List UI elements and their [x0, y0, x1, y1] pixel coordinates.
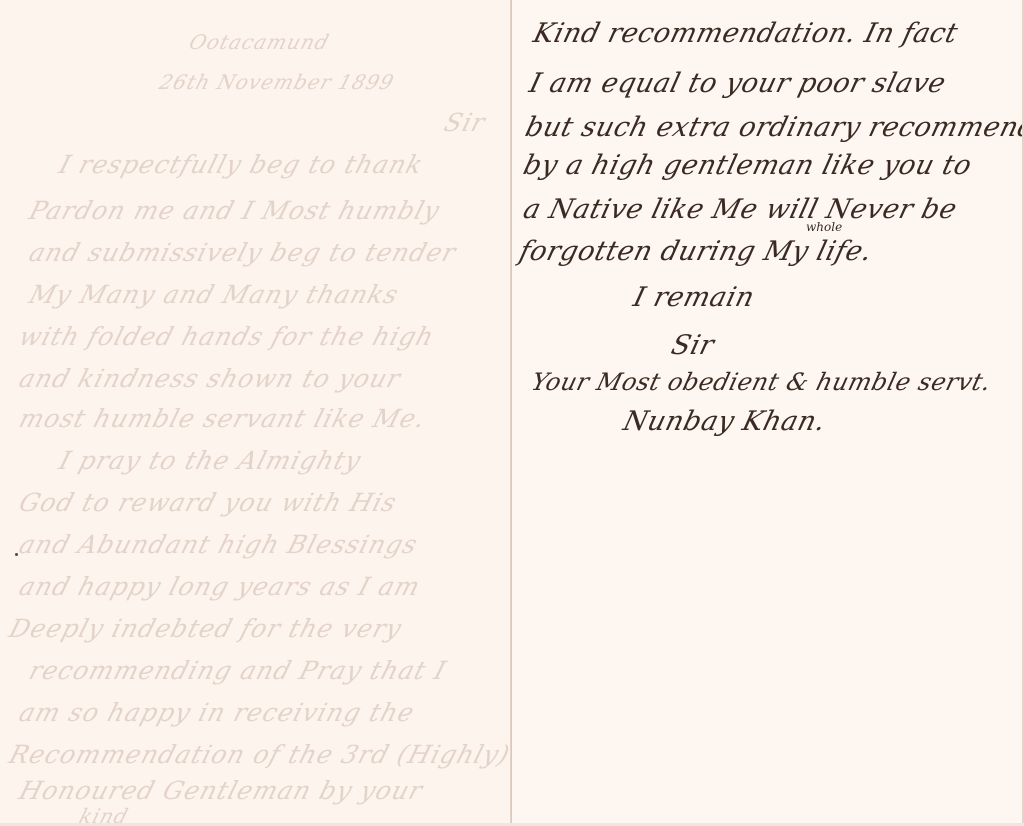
left-page: Ootacamund 26th November 1899 Sir I resp…	[0, 0, 512, 826]
sign-off: Your Most obedient & humble servt.	[529, 368, 995, 396]
ghost-line: My Many and Many thanks	[26, 280, 402, 309]
letter-line: Kind recommendation. In fact	[530, 18, 961, 49]
insertion-note: whole	[806, 220, 842, 234]
ghost-line: recommending and Pray that I	[26, 656, 450, 685]
ghost-place: Ootacamund	[187, 30, 333, 54]
letter-spread: Ootacamund 26th November 1899 Sir I resp…	[0, 0, 1024, 826]
right-page: Kind recommendation. In fact I am equal …	[512, 0, 1024, 826]
ghost-line: and submissively beg to tender	[26, 238, 460, 267]
ghost-line: and Abundant high Blessings	[16, 530, 421, 559]
ghost-line: most humble servant like Me.	[16, 404, 429, 433]
ghost-line: Deeply indebted for the very	[6, 614, 406, 643]
ghost-line: am so happy in receiving the	[16, 698, 418, 727]
signature: Nunbay Khan.	[620, 406, 829, 437]
ghost-line: and happy long years as I am	[16, 572, 424, 601]
ghost-line: with folded hands for the high	[16, 322, 438, 351]
letter-line: forgotten during My life.	[516, 236, 875, 267]
ghost-line: and kindness shown to your	[16, 364, 405, 393]
letter-line: by a high gentleman like you to	[520, 150, 975, 181]
paper-speck	[15, 553, 18, 556]
letter-line: a Native like Me will Never be	[520, 194, 960, 225]
ghost-line: Recommendation of the 3rd (Highly)	[6, 740, 514, 769]
page-fold	[510, 0, 512, 826]
ghost-date: 26th November 1899	[157, 70, 398, 94]
ghost-line: God to reward you with His	[16, 488, 401, 517]
ghost-line: Honoured Gentleman by your	[16, 776, 427, 805]
ghost-line: I respectfully beg to thank	[56, 150, 427, 179]
letter-line: but such extra ordinary recommend	[522, 112, 1024, 143]
closing-address: Sir	[668, 330, 717, 361]
ghost-line: Pardon me and I Most humbly	[26, 196, 444, 225]
ghost-salutation: Sir	[441, 108, 489, 137]
ghost-line: I pray to the Almighty	[56, 446, 365, 475]
letter-line: I am equal to your poor slave	[526, 68, 949, 99]
closing-phrase: I remain	[630, 282, 758, 313]
